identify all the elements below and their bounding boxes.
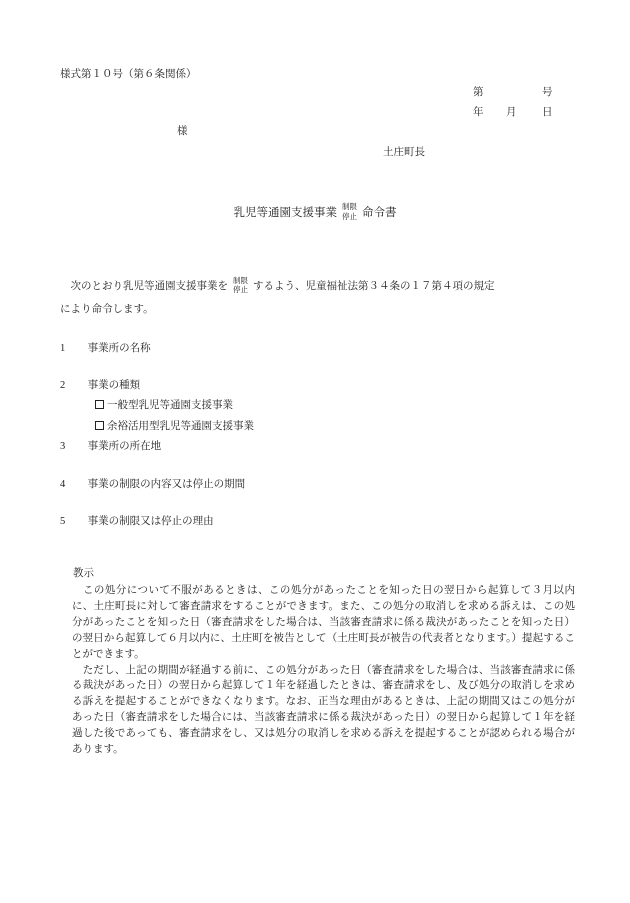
item-label: 事業所の所在地 [88, 441, 162, 452]
title-stacked-bottom: 停止 [342, 212, 357, 222]
item-business-name: 1 事業所の名称 [60, 340, 151, 355]
date-day-label: 日 [542, 104, 553, 119]
date-year-label: 年 [473, 104, 484, 119]
doc-number-prefix: 第 [473, 84, 484, 99]
document-page: 様式第１０号（第６条関係） 第 号 年 月 日 様 土庄町長 乳児等通園支援事業… [0, 0, 630, 903]
title-stacked-top: 制限 [342, 202, 357, 212]
item-business-address: 3 事業所の所在地 [60, 438, 161, 453]
item-number: 5 [60, 516, 85, 527]
order-stacked-top: 制限 [233, 276, 248, 286]
checkbox-icon[interactable] [95, 421, 104, 430]
item-number: 3 [60, 441, 85, 452]
date-month-label: 月 [506, 104, 517, 119]
item-number: 4 [60, 479, 85, 490]
kyoji-paragraph-2: ただし、上記の期間が経過する前に、この処分があった日（審査請求をした場合は、当該… [72, 663, 575, 758]
item-label: 事業の制限の内容又は停止の期間 [88, 479, 246, 490]
item-number: 2 [60, 380, 85, 391]
item-label: 事業の種類 [88, 380, 141, 391]
doc-number-suffix: 号 [542, 84, 553, 99]
checkbox-icon[interactable] [95, 400, 104, 409]
page-title: 乳児等通園支援事業 制限 停止 命令書 [0, 202, 630, 221]
title-stacked-choice: 制限 停止 [342, 202, 357, 221]
item-number: 1 [60, 343, 85, 354]
item-label: 事業所の名称 [88, 343, 151, 354]
order-paragraph-pre: 次のとおり乳児等通園支援事業を [60, 278, 228, 293]
checkbox-option-label: 一般型乳児等通園支援事業 [107, 397, 233, 412]
kyoji-heading: 教示 [73, 565, 94, 580]
item-business-type: 2 事業の種類 [60, 377, 140, 392]
order-paragraph-line1: 次のとおり乳児等通園支援事業を 制限 停止 するよう、児童福祉法第３４条の１７第… [60, 272, 495, 298]
title-pre: 乳児等通園支援事業 [234, 204, 338, 220]
kyoji-paragraph-1: この処分について不服があるときは、この処分があったことを知った日の翌日から起算し… [72, 583, 575, 663]
addressee-suffix: 様 [177, 123, 188, 138]
checkbox-option-surplus: 余裕活用型乳児等通園支援事業 [95, 418, 254, 433]
form-number-label: 様式第１０号（第６条関係） [60, 66, 197, 81]
order-paragraph-post: するよう、児童福祉法第３４条の１７第４項の規定 [253, 278, 495, 293]
title-post: 命令書 [362, 204, 397, 220]
order-paragraph-line2: により命令します。 [60, 301, 154, 316]
item-restriction-reason: 5 事業の制限又は停止の理由 [60, 513, 214, 528]
item-label: 事業の制限又は停止の理由 [88, 516, 214, 527]
checkbox-option-label: 余裕活用型乳児等通園支援事業 [107, 418, 254, 433]
item-restriction-period: 4 事業の制限の内容又は停止の期間 [60, 476, 245, 491]
kyoji-body: この処分について不服があるときは、この処分があったことを知った日の翌日から起算し… [72, 583, 575, 758]
issuer-name: 土庄町長 [383, 144, 425, 159]
order-stacked-choice: 制限 停止 [233, 276, 248, 295]
order-stacked-bottom: 停止 [233, 285, 248, 295]
checkbox-option-general: 一般型乳児等通園支援事業 [95, 397, 233, 412]
